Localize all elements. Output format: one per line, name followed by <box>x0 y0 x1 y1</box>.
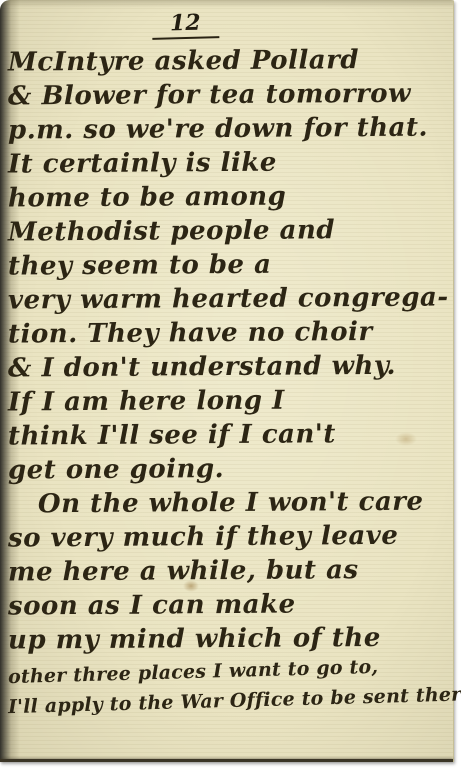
handwriting-line: very warm hearted congrega- <box>8 280 449 317</box>
handwriting-line: me here a while, but as <box>8 552 449 589</box>
handwriting-line: tion. They have no choir <box>8 314 449 351</box>
handwriting-line: & Blower for tea tomorrow <box>8 76 449 113</box>
handwriting-line: On the whole I won't care <box>8 484 449 521</box>
handwriting-line: home to be among <box>8 178 449 215</box>
page-number: 12 <box>152 9 219 40</box>
handwriting-lines: McIntyre asked Pollard& Blower for tea t… <box>0 42 453 716</box>
handwriting-line: It certainly is like <box>8 144 449 181</box>
handwriting-line: soon as I can make <box>8 586 449 623</box>
page-number-row: 12 <box>0 0 453 42</box>
handwriting-line: so very much if they leave <box>8 518 449 555</box>
paper-bottom-edge <box>0 759 453 762</box>
handwriting-line: McIntyre asked Pollard <box>8 42 449 79</box>
handwriting-line: If I am here long I <box>8 382 449 419</box>
handwriting-line: Methodist people and <box>8 212 449 249</box>
paper: 12 McIntyre asked Pollard& Blower for te… <box>0 0 454 762</box>
scanned-letter-page: 12 McIntyre asked Pollard& Blower for te… <box>0 0 461 772</box>
handwriting-line: & I don't understand why. <box>8 348 449 385</box>
handwriting-line: think I'll see if I can't <box>8 416 449 453</box>
handwriting-line: p.m. so we're down for that. <box>8 110 449 147</box>
handwriting-line: they seem to be a <box>8 246 449 283</box>
handwriting-line: get one going. <box>8 450 449 487</box>
